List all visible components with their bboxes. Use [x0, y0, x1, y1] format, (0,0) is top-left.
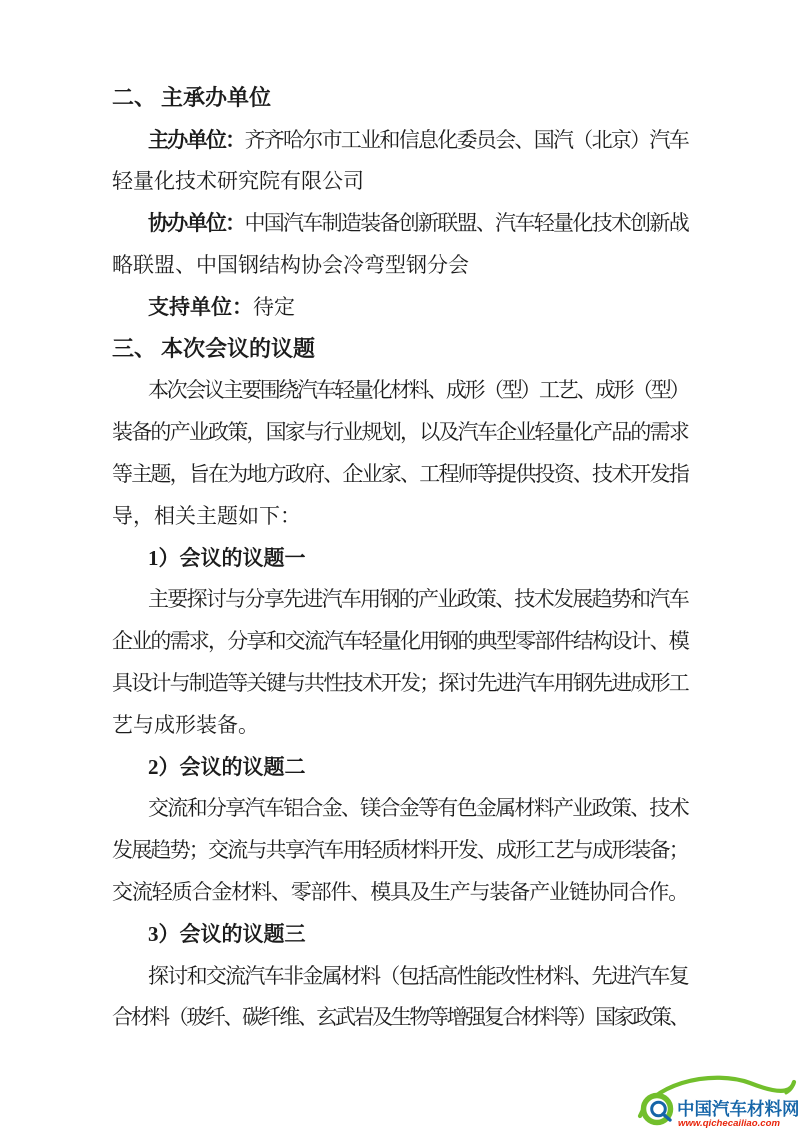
- text-segment: 交流轻质合金材料、零部件、模具及生产与装备产业链协同合作。: [112, 881, 688, 904]
- text-segment: 中国汽车制造装备创新联盟、汽车轻量化技术创新战: [244, 212, 688, 235]
- topic-3-line-2: 合材料（玻纤、碳纤维、玄武岩及生物等增强复合材料等）国家政策、: [112, 996, 688, 1038]
- document-body: 二、主承办单位主办单位：齐齐哈尔市工业和信息化委员会、国汽（北京）汽车轻量化技术…: [112, 76, 688, 1037]
- text-segment: 待定: [253, 296, 295, 319]
- support-unit-line: 支持单位：待定: [112, 285, 688, 327]
- co-organizer-line-2: 略联盟、中国钢结构协会冷弯型钢分会: [112, 243, 688, 285]
- text-segment: 艺与成形装备。: [112, 714, 259, 737]
- text-segment: 齐齐哈尔市工业和信息化委员会、国汽（北京）汽车: [244, 129, 688, 152]
- text-segment: 具设计与制造等关键与共性技术开发；探讨先进汽车用钢先进成形工: [112, 672, 688, 695]
- text-segment: 支持单位：: [148, 296, 253, 319]
- text-segment: 企业的需求，分享和交流汽车轻量化用钢的典型零部件结构设计、模: [112, 630, 688, 653]
- text-segment: 略联盟、中国钢结构协会冷弯型钢分会: [112, 254, 469, 277]
- text-segment: 装备的产业政策，国家与行业规划，以及汽车企业轻量化产品的需求: [112, 421, 688, 444]
- topic-2-line-2: 发展趋势；交流与共享汽车用轻质材料开发、成形工艺与成形装备；: [112, 828, 688, 870]
- topic-1-line-4: 艺与成形装备。: [112, 703, 688, 745]
- intro-line-1: 本次会议主要围绕汽车轻量化材料、成形（型）工艺、成形（型）: [112, 369, 688, 411]
- topic-3-heading: 3）会议的议题三: [112, 912, 688, 954]
- text-segment: 轻量化技术研究院有限公司: [112, 170, 364, 193]
- section-heading-2: 二、主承办单位: [112, 76, 688, 118]
- text-segment: 本次会议主要围绕汽车轻量化材料、成形（型）工艺、成形（型）: [148, 379, 688, 402]
- car-logo-icon: 中国汽车材料网 www.qichecailiao.com: [636, 1070, 798, 1130]
- text-segment: 主要探讨与分享先进汽车用钢的产业政策、技术发展趋势和汽车: [148, 588, 688, 611]
- topic-1-line-1: 主要探讨与分享先进汽车用钢的产业政策、技术发展趋势和汽车: [112, 578, 688, 620]
- co-organizer-line-1: 协办单位：中国汽车制造装备创新联盟、汽车轻量化技术创新战: [112, 201, 688, 243]
- logo-site-name: 中国汽车材料网: [677, 1099, 798, 1119]
- heading-label: 本次会议的议题: [161, 336, 315, 361]
- text-segment: 发展趋势；交流与共享汽车用轻质材料开发、成形工艺与成形装备；: [112, 839, 688, 862]
- section-heading-3: 三、本次会议的议题: [112, 327, 688, 369]
- topic-2-heading: 2）会议的议题二: [112, 745, 688, 787]
- site-watermark-logo: 中国汽车材料网 www.qichecailiao.com: [636, 1070, 798, 1130]
- topic-1-line-3: 具设计与制造等关键与共性技术开发；探讨先进汽车用钢先进成形工: [112, 661, 688, 703]
- topic-2-line-3: 交流轻质合金材料、零部件、模具及生产与装备产业链协同合作。: [112, 870, 688, 912]
- text-segment: 会议的议题三: [180, 923, 306, 946]
- topic-1-heading: 1）会议的议题一: [112, 536, 688, 578]
- text-segment: 探讨和交流汽车非金属材料（包括高性能改性材料、先进汽车复: [148, 965, 688, 988]
- text-segment: 3）: [148, 922, 180, 946]
- topic-3-line-1: 探讨和交流汽车非金属材料（包括高性能改性材料、先进汽车复: [112, 954, 688, 996]
- text-segment: 会议的议题二: [180, 756, 306, 779]
- host-unit-line-1: 主办单位：齐齐哈尔市工业和信息化委员会、国汽（北京）汽车: [112, 118, 688, 160]
- text-segment: 会议的议题一: [180, 547, 306, 570]
- logo-site-url: www.qichecailiao.com: [678, 1118, 780, 1129]
- intro-line-2: 装备的产业政策，国家与行业规划，以及汽车企业轻量化产品的需求: [112, 410, 688, 452]
- text-segment: 导，相关主题如下：: [112, 505, 301, 528]
- text-segment: 合材料（玻纤、碳纤维、玄武岩及生物等增强复合材料等）国家政策、: [112, 1006, 688, 1029]
- text-segment: 1）: [148, 546, 180, 570]
- document-page: 二、主承办单位主办单位：齐齐哈尔市工业和信息化委员会、国汽（北京）汽车轻量化技术…: [0, 0, 800, 1131]
- text-segment: 主办单位：: [148, 129, 244, 152]
- text-segment: 协办单位：: [148, 212, 244, 235]
- topic-2-line-1: 交流和分享汽车铝合金、镁合金等有色金属材料产业政策、技术: [112, 787, 688, 829]
- text-segment: 2）: [148, 755, 180, 779]
- heading-number: 三、: [112, 336, 156, 361]
- text-segment: 交流和分享汽车铝合金、镁合金等有色金属材料产业政策、技术: [148, 797, 688, 820]
- intro-line-3: 等主题，旨在为地方政府、企业家、工程师等提供投资、技术开发指: [112, 452, 688, 494]
- intro-line-4: 导，相关主题如下：: [112, 494, 688, 536]
- text-segment: 等主题，旨在为地方政府、企业家、工程师等提供投资、技术开发指: [112, 463, 688, 486]
- topic-1-line-2: 企业的需求，分享和交流汽车轻量化用钢的典型零部件结构设计、模: [112, 619, 688, 661]
- heading-label: 主承办单位: [161, 85, 271, 110]
- host-unit-line-2: 轻量化技术研究院有限公司: [112, 160, 688, 202]
- heading-number: 二、: [112, 85, 156, 110]
